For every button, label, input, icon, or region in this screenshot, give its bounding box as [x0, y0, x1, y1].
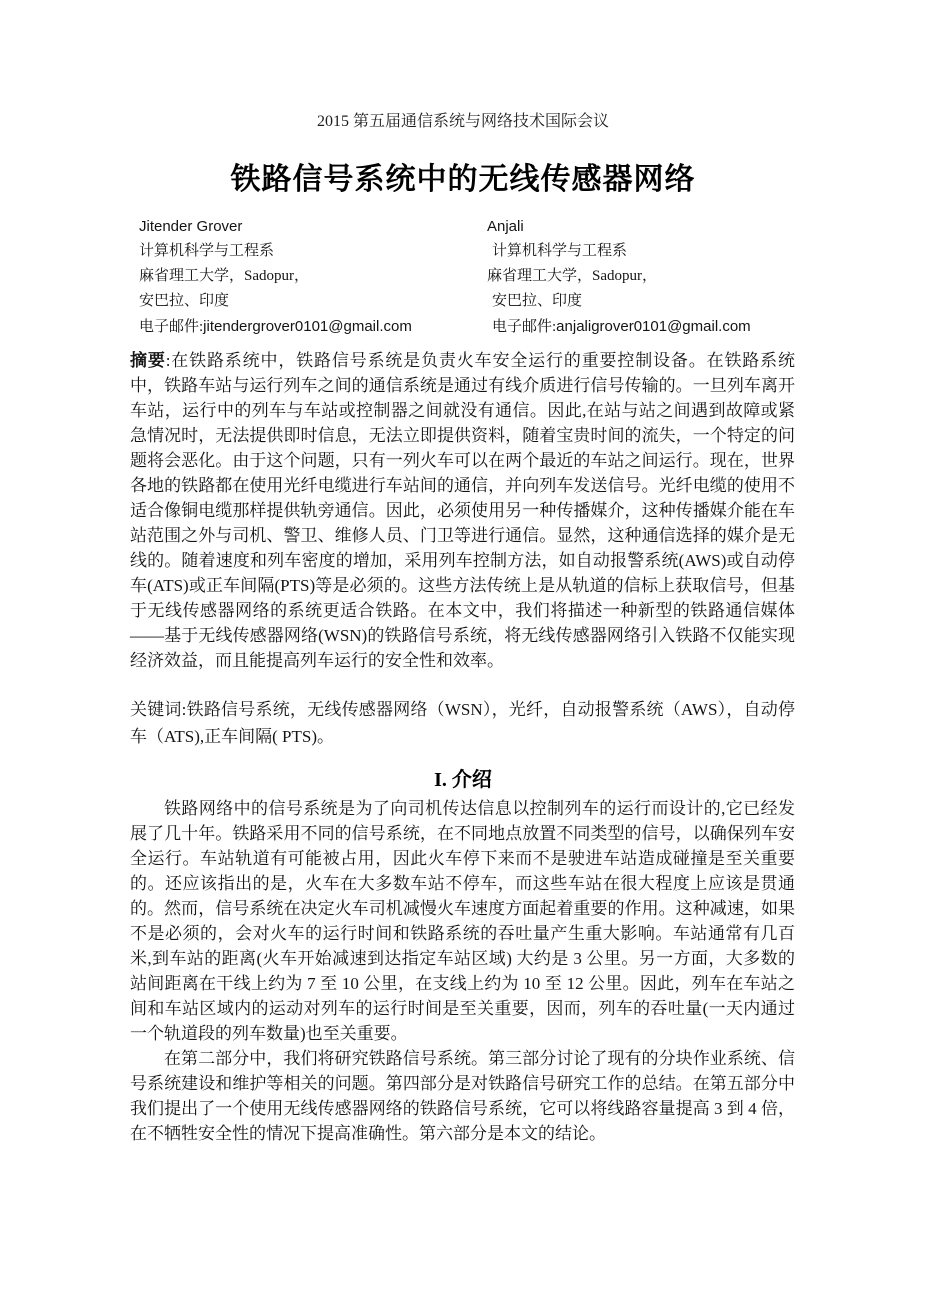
intro-paragraph-2: 在第二部分中，我们将研究铁路信号系统。第三部分讨论了现有的分块作业系统、信号系统… [130, 1046, 795, 1146]
author-university: 麻省理工大学，Sadopur， [487, 264, 799, 289]
email-label: 电子邮件: [492, 319, 556, 335]
email-address: jitendergrover0101@gmail.com [203, 318, 412, 335]
section-heading-introduction: I. 介绍 [0, 767, 926, 793]
email-address: anjaligrover0101@gmail.com [556, 318, 751, 335]
intro-paragraph-1: 铁路网络中的信号系统是为了向司机传达信息以控制列车的运行而设计的,它已经发展了几… [130, 796, 795, 1046]
email-label: 电子邮件: [139, 319, 203, 335]
conference-header: 2015 第五届通信系统与网络技术国际会议 [0, 112, 926, 132]
keywords-text: 铁路信号系统，无线传感器网络（WSN），光纤，自动报警系统（AWS），自动停车（… [130, 700, 795, 746]
author-name: Anjali [487, 214, 799, 239]
author-location: 安巴拉、印度 [139, 289, 487, 314]
author-department: 计算机科学与工程系 [139, 239, 487, 264]
keywords-paragraph: 关键词:铁路信号系统，无线传感器网络（WSN），光纤，自动报警系统（AWS），自… [130, 696, 795, 750]
keywords-label: 关键词: [130, 700, 186, 719]
author-location: 安巴拉、印度 [487, 289, 799, 314]
author-email: 电子邮件:jitendergrover0101@gmail.com [139, 314, 487, 340]
introduction-section: 铁路网络中的信号系统是为了向司机传达信息以控制列车的运行而设计的,它已经发展了几… [130, 796, 795, 1146]
abstract-label: 摘要 [130, 351, 166, 370]
author-block-right: Anjali 计算机科学与工程系 麻省理工大学，Sadopur， 安巴拉、印度 … [487, 214, 799, 340]
author-block-left: Jitender Grover 计算机科学与工程系 麻省理工大学，Sadopur… [139, 214, 487, 340]
abstract-text: :在铁路系统中，铁路信号系统是负责火车安全运行的重要控制设备。在铁路系统中，铁路… [130, 351, 795, 670]
abstract-paragraph: 摘要:在铁路系统中，铁路信号系统是负责火车安全运行的重要控制设备。在铁路系统中，… [130, 348, 795, 673]
author-email: 电子邮件:anjaligrover0101@gmail.com [487, 314, 799, 340]
author-block: Jitender Grover 计算机科学与工程系 麻省理工大学，Sadopur… [139, 214, 799, 340]
author-name: Jitender Grover [139, 214, 487, 239]
document-page: 2015 第五届通信系统与网络技术国际会议 铁路信号系统中的无线传感器网络 Ji… [0, 0, 926, 1309]
paper-title: 铁路信号系统中的无线传感器网络 [0, 161, 926, 199]
author-university: 麻省理工大学，Sadopur， [139, 264, 487, 289]
author-department: 计算机科学与工程系 [487, 239, 799, 264]
